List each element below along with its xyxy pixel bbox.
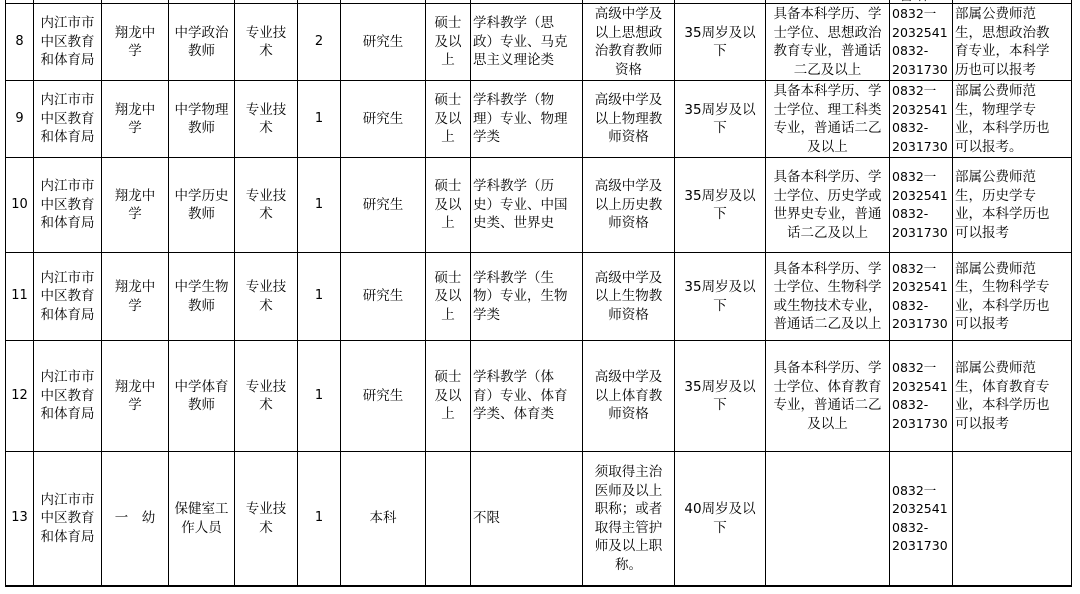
phone-text: 0832一 2032541 0832- 2031730 [890,482,948,556]
cell-phone: 0832一 2032541 0832- 2031730 [890,81,952,157]
unit-text: 翔龙中 学 [115,24,156,61]
department-text: 内江市市 中区教育 和体育局 [41,491,95,547]
cell-other: 具备本科学历、学 士学位、理工科类 专业，普通话二乙 及以上 [766,81,889,157]
cell-education: 研究生 [341,158,425,252]
cell-qualification: 高级中学及 以上历史教 师资格 [583,158,674,252]
cell-count: 1 [298,253,340,340]
remarks-text: 部属公费师范 生，体育教育专 业，本科学历也 可以报考 [953,359,1050,433]
cell-major: 学科教学（生 物）专业，生物 学类 [471,253,582,340]
other-text: 具备本科学历、学 士学位、体育教育 专业，普通话二乙 及以上 [774,359,882,433]
education-text: 研究生 [363,33,404,52]
cell-no: 11 [6,253,33,340]
cell-no: 8 [6,4,33,80]
cell-count: 1 [298,452,340,585]
position-text: 保健室工 作人员 [175,500,229,537]
no-text: 8 [15,33,23,52]
cell-no: 9 [6,81,33,157]
cell-category: 专业技 术 [235,158,297,252]
category-text: 专业技 术 [246,101,287,138]
cell-category: 专业技 术 [235,253,297,340]
cell-qualification: 高级中学及 以上物理教 师资格 [583,81,674,157]
unit-text: 翔龙中 学 [115,378,156,415]
department-text: 内江市市 中区教育 和体育局 [41,14,95,70]
count-text: 1 [315,509,323,528]
cell-category: 专业技 术 [235,81,297,157]
education-text: 研究生 [363,387,404,406]
cell-major: 不限 [471,452,582,585]
cell-position: 中学历史 教师 [169,158,234,252]
major-text: 学科教学（历 史）专业、中国 史类、世界史 [471,177,568,233]
cell-position: 中学生物 教师 [169,253,234,340]
cell-phone: 0832一 2032541 0832- 2031730 [890,158,952,252]
cell-major: 学科教学（体 育）专业、体育 学类、体育类 [471,341,582,451]
position-text: 中学历史 教师 [175,187,229,224]
phone-text: 0832一 2032541 0832- 2031730 [890,359,948,433]
count-text: 1 [315,387,323,406]
cell-education: 研究生 [341,341,425,451]
count-text: 1 [315,110,323,129]
cell-other: 具备本科学历、学 士学位、生物科学 或生物技术专业， 普通话二乙及以上 [766,253,889,340]
age-text: 35周岁及以 下 [684,278,755,315]
qualification-text: 高级中学及 以上物理教 师资格 [595,91,663,147]
cell-qualification: 高级中学及 以上生物教 师资格 [583,253,674,340]
cell-other: 具备本科学历、学 士学位、历史学或 世界史专业，普通 话二乙及以上 [766,158,889,252]
cell-other: 具备本科学历、学 士学位、思想政治 教育专业，普通话 二乙及以上 [766,4,889,80]
qualification-text: 高级中学及 以上生物教 师资格 [595,269,663,325]
cell-age: 35周岁及以 下 [675,4,765,80]
degree-text: 硕士 及以 上 [435,177,462,233]
cell-count: 2 [298,4,340,80]
cell-category: 专业技 术 [235,341,297,451]
cell-no: 10 [6,158,33,252]
remarks-text: 部属公费师范 生，生物科学专 业，本科学历也 可以报考 [953,260,1050,334]
cell-phone: 0832一 2032541 0832- 2031730 [890,452,952,585]
cell-unit: 翔龙中 学 [102,158,168,252]
phone-text: 0832一 2032541 0832- 2031730 [890,168,948,242]
cell-major: 学科教学（思 政）专业、马克 思主义理论类 [471,4,582,80]
cell-unit: 翔龙中 学 [102,253,168,340]
education-text: 研究生 [363,287,404,306]
cell-position: 中学政治 教师 [169,4,234,80]
recruitment-table: 留 件 8内江市市 中区教育 和体育局翔龙中 学中学政治 教师专业技 术2研究生… [0,0,1080,594]
remarks-text: 部属公费师范 生，历史学专 业，本科学历也 可以报考 [953,168,1050,242]
major-text: 学科教学（生 物）专业，生物 学类 [471,269,568,325]
other-text: 具备本科学历、学 士学位、历史学或 世界史专业，普通 话二乙及以上 [774,168,882,242]
cell-position: 中学体育 教师 [169,341,234,451]
cell-other: 具备本科学历、学 士学位、体育教育 专业，普通话二乙 及以上 [766,341,889,451]
cell-age: 35周岁及以 下 [675,81,765,157]
qualification-text: 高级中学及 以上思想政 治教育教师 资格 [595,5,663,79]
no-text: 9 [15,110,23,129]
cell-unit: 翔龙中 学 [102,341,168,451]
cell-age: 40周岁及以 下 [675,452,765,585]
phone-text: 0832一 2032541 0832- 2031730 [890,260,948,334]
cell-age: 35周岁及以 下 [675,158,765,252]
cell-remarks [953,452,1071,585]
cell-education: 研究生 [341,4,425,80]
cell-count: 1 [298,341,340,451]
cell-degree: 硕士 及以 上 [426,341,470,451]
position-text: 中学体育 教师 [175,378,229,415]
department-text: 内江市市 中区教育 和体育局 [41,91,95,147]
cell-phone: 0832一 2032541 0832- 2031730 [890,4,952,80]
major-text: 学科教学（思 政）专业、马克 思主义理论类 [471,14,568,70]
education-text: 研究生 [363,196,404,215]
count-text: 2 [315,33,323,52]
cell-department: 内江市市 中区教育 和体育局 [34,4,101,80]
cell-category: 专业技 术 [235,452,297,585]
cell-remarks: 部属公费师范 生，历史学专 业，本科学历也 可以报考 [953,158,1071,252]
category-text: 专业技 术 [246,278,287,315]
no-text: 10 [11,196,28,215]
category-text: 专业技 术 [246,378,287,415]
cell-position: 保健室工 作人员 [169,452,234,585]
unit-text: 一 幼 [115,509,156,528]
phone-text: 0832一 2032541 0832- 2031730 [890,5,948,79]
cell-degree: 硕士 及以 上 [426,158,470,252]
cell-qualification: 须取得主治 医师及以上 职称；或者 取得主管护 师及以上职 称。 [583,452,674,585]
cell-count: 1 [298,158,340,252]
department-text: 内江市市 中区教育 和体育局 [41,177,95,233]
cell-count: 1 [298,81,340,157]
remarks-text: 部属公费师范 生，物理学专 业，本科学历也 可以报考。 [953,82,1050,156]
degree-text: 硕士 及以 上 [435,269,462,325]
cell-degree: 硕士 及以 上 [426,81,470,157]
cell-other [766,452,889,585]
cell-unit: 翔龙中 学 [102,4,168,80]
degree-text: 硕士 及以 上 [435,14,462,70]
cell-unit: 翔龙中 学 [102,81,168,157]
cell-remarks: 部属公费师范 生，思想政治教 育专业，本科学 历也可以报考 [953,4,1071,80]
cell-department: 内江市市 中区教育 和体育局 [34,253,101,340]
education-text: 本科 [370,509,397,528]
cell-degree: 硕士 及以 上 [426,253,470,340]
age-text: 40周岁及以 下 [684,500,755,537]
phone-text: 0832一 2032541 0832- 2031730 [890,82,948,156]
major-text: 学科教学（体 育）专业、体育 学类、体育类 [471,368,568,424]
age-text: 35周岁及以 下 [684,378,755,415]
other-text: 具备本科学历、学 士学位、生物科学 或生物技术专业， 普通话二乙及以上 [774,260,882,334]
position-text: 中学生物 教师 [175,278,229,315]
other-text: 具备本科学历、学 士学位、理工科类 专业，普通话二乙 及以上 [774,82,882,156]
department-text: 内江市市 中区教育 和体育局 [41,368,95,424]
category-text: 专业技 术 [246,500,287,537]
cell-remarks: 部属公费师范 生，体育教育专 业，本科学历也 可以报考 [953,341,1071,451]
position-text: 中学政治 教师 [175,24,229,61]
count-text: 1 [315,287,323,306]
cell-education: 研究生 [341,253,425,340]
qualification-text: 高级中学及 以上体育教 师资格 [595,368,663,424]
age-text: 35周岁及以 下 [684,187,755,224]
no-text: 11 [11,287,28,306]
cell-department: 内江市市 中区教育 和体育局 [34,452,101,585]
degree-text: 硕士 及以 上 [435,91,462,147]
unit-text: 翔龙中 学 [115,187,156,224]
cell-department: 内江市市 中区教育 和体育局 [34,341,101,451]
category-text: 专业技 术 [246,187,287,224]
cell-qualification: 高级中学及 以上体育教 师资格 [583,341,674,451]
no-text: 12 [11,387,28,406]
cell-department: 内江市市 中区教育 和体育局 [34,158,101,252]
degree-text: 硕士 及以 上 [435,368,462,424]
department-text: 内江市市 中区教育 和体育局 [41,269,95,325]
qualification-text: 高级中学及 以上历史教 师资格 [595,177,663,233]
unit-text: 翔龙中 学 [115,101,156,138]
cell-phone: 0832一 2032541 0832- 2031730 [890,341,952,451]
no-text: 13 [11,509,28,528]
qualification-text: 须取得主治 医师及以上 职称；或者 取得主管护 师及以上职 称。 [595,463,663,574]
cell-age: 35周岁及以 下 [675,253,765,340]
other-text: 具备本科学历、学 士学位、思想政治 教育专业，普通话 二乙及以上 [774,5,882,79]
age-text: 35周岁及以 下 [684,101,755,138]
position-text: 中学物理 教师 [175,101,229,138]
cell-education: 研究生 [341,81,425,157]
cell-qualification: 高级中学及 以上思想政 治教育教师 资格 [583,4,674,80]
count-text: 1 [315,196,323,215]
remarks-text: 部属公费师范 生，思想政治教 育专业，本科学 历也可以报考 [953,5,1050,79]
unit-text: 翔龙中 学 [115,278,156,315]
cell-category: 专业技 术 [235,4,297,80]
cell-department: 内江市市 中区教育 和体育局 [34,81,101,157]
cell-no: 12 [6,341,33,451]
cell-degree: 硕士 及以 上 [426,4,470,80]
major-text: 不限 [471,509,500,528]
category-text: 专业技 术 [246,24,287,61]
cell-age: 35周岁及以 下 [675,341,765,451]
cell-remarks: 部属公费师范 生，生物科学专 业，本科学历也 可以报考 [953,253,1071,340]
cell-education: 本科 [341,452,425,585]
cell-degree [426,452,470,585]
cell-major: 学科教学（物 理）专业、物理 学类 [471,81,582,157]
grid-line [1071,0,1072,586]
cell-unit: 一 幼 [102,452,168,585]
cell-remarks: 部属公费师范 生，物理学专 业，本科学历也 可以报考。 [953,81,1071,157]
cell-no: 13 [6,452,33,585]
major-text: 学科教学（物 理）专业、物理 学类 [471,91,568,147]
cell-phone: 0832一 2032541 0832- 2031730 [890,253,952,340]
cell-position: 中学物理 教师 [169,81,234,157]
grid-line [5,585,1072,587]
cell-major: 学科教学（历 史）专业、中国 史类、世界史 [471,158,582,252]
education-text: 研究生 [363,110,404,129]
age-text: 35周岁及以 下 [684,24,755,61]
